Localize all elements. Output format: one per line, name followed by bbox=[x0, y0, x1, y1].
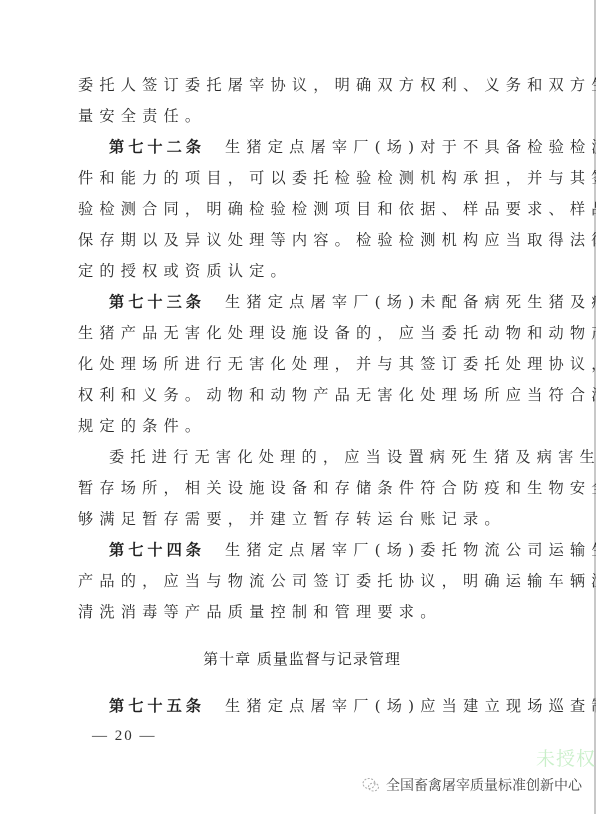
article-label: 第七十二条 bbox=[109, 138, 205, 156]
source-name: 全国畜禽屠宰质量标准创新中心 bbox=[386, 775, 582, 795]
text-line: 生猪产品无害化处理设施设备的，应当委托动物和动物产品无害 bbox=[78, 318, 518, 349]
text-line: 件和能力的项目，可以委托检验检测机构承担，并与其签订委托检 bbox=[78, 163, 518, 194]
text-span: 生猪定点屠宰厂(场)对于不具备检验检测条 bbox=[225, 138, 596, 156]
article-73-first-line: 第七十三条生猪定点屠宰厂(场)未配备病死生猪及病害 bbox=[78, 287, 518, 318]
text-line: 量安全责任。 bbox=[78, 101, 518, 132]
article-label: 第七十五条 bbox=[109, 697, 205, 715]
text-line: 产品的，应当与物流公司签订委托协议，明确运输车辆温度控制、 bbox=[78, 566, 518, 597]
chapter-title: 第十章 质量监督与记录管理 bbox=[78, 644, 518, 675]
text-line: 权利和义务。动物和动物产品无害化处理场所应当符合法律法规 bbox=[78, 380, 518, 411]
article-label: 第七十四条 bbox=[109, 541, 205, 559]
document-page: 委托人签订委托屠宰协议，明确双方权利、义务和双方生猪产品质 量安全责任。 第七十… bbox=[78, 70, 518, 722]
text-line: 委托进行无害化处理的，应当设置病死生猪及病害生猪产品 bbox=[78, 442, 518, 473]
text-span: 生猪定点屠宰厂(场)未配备病死生猪及病害 bbox=[225, 293, 596, 311]
article-75-first-line: 第七十五条生猪定点屠宰厂(场)应当建立现场巡查制度， bbox=[78, 691, 518, 722]
text-line: 规定的条件。 bbox=[78, 411, 518, 442]
text-span: 生猪定点屠宰厂(场)应当建立现场巡查制度， bbox=[225, 697, 596, 715]
text-span: 生猪定点屠宰厂(场)委托物流公司运输生猪 bbox=[225, 541, 596, 559]
wechat-icon bbox=[362, 777, 380, 793]
text-line: 化处理场所进行无害化处理，并与其签订委托处理协议，明确双方 bbox=[78, 349, 518, 380]
text-line: 够满足暂存需要，并建立暂存转运台账记录。 bbox=[78, 504, 518, 535]
text-line: 清洗消毒等产品质量控制和管理要求。 bbox=[78, 597, 518, 628]
article-72-first-line: 第七十二条生猪定点屠宰厂(场)对于不具备检验检测条 bbox=[78, 132, 518, 163]
source-attribution: 全国畜禽屠宰质量标准创新中心 bbox=[362, 774, 582, 796]
text-line: 验检测合同，明确检验检测项目和依据、样品要求、样品处理方式、 bbox=[78, 194, 518, 225]
article-74-first-line: 第七十四条生猪定点屠宰厂(场)委托物流公司运输生猪 bbox=[78, 535, 518, 566]
text-line: 暂存场所，相关设施设备和存储条件符合防疫和生物安全要求，能 bbox=[78, 473, 518, 504]
watermark: 未授权 bbox=[536, 744, 596, 771]
text-line: 定的授权或资质认定。 bbox=[78, 256, 518, 287]
article-label: 第七十三条 bbox=[109, 293, 205, 311]
text-line: 保存期以及异议处理等内容。检验检测机构应当取得法律法规规 bbox=[78, 225, 518, 256]
page-number: — 20 — bbox=[92, 728, 157, 745]
text-line: 委托人签订委托屠宰协议，明确双方权利、义务和双方生猪产品质 bbox=[78, 70, 518, 101]
